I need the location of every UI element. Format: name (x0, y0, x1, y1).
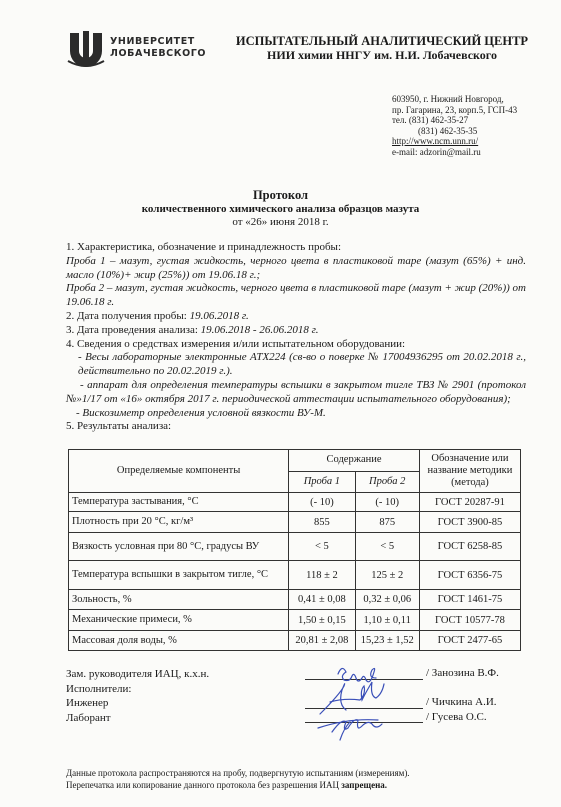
footer-line-2: Перепечатка или копирование данного прот… (66, 779, 410, 791)
method-cell: ГОСТ 6258-85 (419, 533, 520, 561)
component-cell: Плотность при 20 °С, кг/м³ (69, 512, 289, 533)
table-row: Массовая доля воды, %20,81 ± 2,0815,23 ±… (69, 631, 521, 651)
sample-1-cell: 118 ± 2 (289, 561, 355, 590)
table-row: Зольность, %0,41 ± 0,080,32 ± 0,06ГОСТ 1… (69, 590, 521, 610)
email: e-mail: adzorin@mail.ru (392, 147, 517, 158)
deputy-title: Зам. руководителя ИАЦ, к.х.н. (66, 667, 209, 682)
table-row: Температура застывания, °С(- 10)(- 10)ГО… (69, 493, 521, 512)
address-block: 603950, г. Нижний Новгород, пр. Гагарина… (392, 94, 517, 158)
deputy-name: / Занозина В.Ф. (426, 667, 499, 679)
sample-2-cell: 0,32 ± 0,06 (355, 590, 419, 610)
website-link[interactable]: http://www.ncm.unn.ru/ (392, 136, 517, 147)
sample-1-cell: 20,81 ± 2,08 (289, 631, 355, 651)
sample-2-cell: (- 10) (355, 493, 419, 512)
header-component: Определяемые компоненты (69, 450, 289, 493)
equipment-item-2: - аппарат для определения температуры вс… (66, 379, 526, 407)
footer-prohibited: запрещена. (341, 780, 387, 790)
university-name-line2: ЛОБАЧЕВСКОГО (110, 48, 206, 60)
document-subtitle: количественного химического анализа обра… (0, 203, 561, 215)
section-5-heading: 5. Результаты анализа: (66, 420, 526, 434)
method-cell: ГОСТ 6356-75 (419, 561, 520, 590)
university-name-line1: УНИВЕРСИТЕТ (110, 36, 206, 48)
component-cell: Механические примеси, % (69, 610, 289, 631)
section-2: 2. Дата получения пробы: 19.06.2018 г. (66, 310, 526, 324)
lab-title: Лаборант (66, 711, 209, 726)
sample-2-cell: < 5 (355, 533, 419, 561)
signature-titles: Зам. руководителя ИАЦ, к.х.н. Исполнител… (66, 667, 209, 725)
phone-2: (831) 462-35-35 (392, 126, 517, 137)
section-2-value: 19.06.2018 г. (190, 310, 249, 322)
table-header-row: Определяемые компоненты Содержание Обозн… (69, 450, 521, 472)
sample-2-cell: 15,23 ± 1,52 (355, 631, 419, 651)
component-cell: Температура застывания, °С (69, 493, 289, 512)
performers-label: Исполнители: (66, 682, 209, 697)
method-cell: ГОСТ 3900-85 (419, 512, 520, 533)
engineer-title: Инженер (66, 696, 209, 711)
results-table: Определяемые компоненты Содержание Обозн… (68, 449, 521, 651)
phone-1: тел. (831) 462-35-27 (392, 115, 517, 126)
table-row: Температура вспышки в закрытом тигле, °С… (69, 561, 521, 590)
footer-line-2-text: Перепечатка или копирование данного прот… (66, 780, 341, 790)
section-4-heading: 4. Сведения о средствах измерения и/или … (66, 338, 526, 352)
method-cell: ГОСТ 1461-75 (419, 590, 520, 610)
component-cell: Массовая доля воды, % (69, 631, 289, 651)
document-title: Протокол (0, 188, 561, 203)
header-method: Обозначение или название методики (метод… (419, 450, 520, 493)
section-3-label: 3. Дата проведения анализа: (66, 324, 201, 336)
section-2-label: 2. Дата получения пробы: (66, 310, 190, 322)
method-cell: ГОСТ 2477-65 (419, 631, 520, 651)
component-cell: Температура вспышки в закрытом тигле, °С (69, 561, 289, 590)
lab-name: / Гусева О.С. (426, 711, 487, 723)
footer-note: Данные протокола распространяются на про… (66, 767, 410, 791)
table-row: Плотность при 20 °С, кг/м³855875ГОСТ 390… (69, 512, 521, 533)
address-line1: 603950, г. Нижний Новгород, (392, 94, 517, 105)
section-3-value: 19.06.2018 - 26.06.2018 г. (201, 324, 319, 336)
section-1-heading: 1. Характеристика, обозначение и принадл… (66, 241, 526, 255)
sample-1-cell: (- 10) (289, 493, 355, 512)
center-title-line2: НИИ химии ННГУ им. Н.И. Лобачевского (222, 48, 542, 62)
engineer-name: / Чичкина А.И. (426, 696, 497, 708)
table-row: Механические примеси, %1,50 ± 0,151,10 ±… (69, 610, 521, 631)
header-sample-1: Проба 1 (289, 471, 355, 493)
header-sample-2: Проба 2 (355, 471, 419, 493)
method-cell: ГОСТ 20287-91 (419, 493, 520, 512)
sample-2-description: Проба 2 – мазут, густая жидкость, черног… (66, 282, 526, 310)
address-line2: пр. Гагарина, 23, корп.5, ГСП-43 (392, 105, 517, 116)
handwritten-signatures-icon (310, 654, 420, 744)
sample-2-cell: 875 (355, 512, 419, 533)
equipment-item-3: - Вискозиметр определения условной вязко… (66, 407, 526, 421)
center-title-line1: ИСПЫТАТЕЛЬНЫЙ АНАЛИТИЧЕСКИЙ ЦЕНТР (222, 34, 542, 48)
sample-1-cell: 0,41 ± 0,08 (289, 590, 355, 610)
method-cell: ГОСТ 10577-78 (419, 610, 520, 631)
sample-2-cell: 1,10 ± 0,11 (355, 610, 419, 631)
component-cell: Вязкость условная при 80 °С, градусы ВУ (69, 533, 289, 561)
university-logo-icon (66, 29, 106, 69)
equipment-item-1: - Весы лабораторные электронные ATX224 (… (66, 351, 526, 379)
section-3: 3. Дата проведения анализа: 19.06.2018 -… (66, 324, 526, 338)
center-title: ИСПЫТАТЕЛЬНЫЙ АНАЛИТИЧЕСКИЙ ЦЕНТР НИИ хи… (222, 34, 542, 62)
sample-1-cell: 1,50 ± 0,15 (289, 610, 355, 631)
footer-line-1: Данные протокола распространяются на про… (66, 767, 410, 779)
university-name: УНИВЕРСИТЕТ ЛОБАЧЕВСКОГО (110, 36, 206, 60)
header-content: Содержание (289, 450, 420, 472)
sample-2-cell: 125 ± 2 (355, 561, 419, 590)
sample-1-cell: 855 (289, 512, 355, 533)
table-row: Вязкость условная при 80 °С, градусы ВУ<… (69, 533, 521, 561)
sample-1-cell: < 5 (289, 533, 355, 561)
document-body: 1. Характеристика, обозначение и принадл… (66, 241, 526, 434)
sample-1-description: Проба 1 – мазут, густая жидкость, черног… (66, 255, 526, 283)
component-cell: Зольность, % (69, 590, 289, 610)
document-date: от «26» июня 2018 г. (0, 216, 561, 228)
